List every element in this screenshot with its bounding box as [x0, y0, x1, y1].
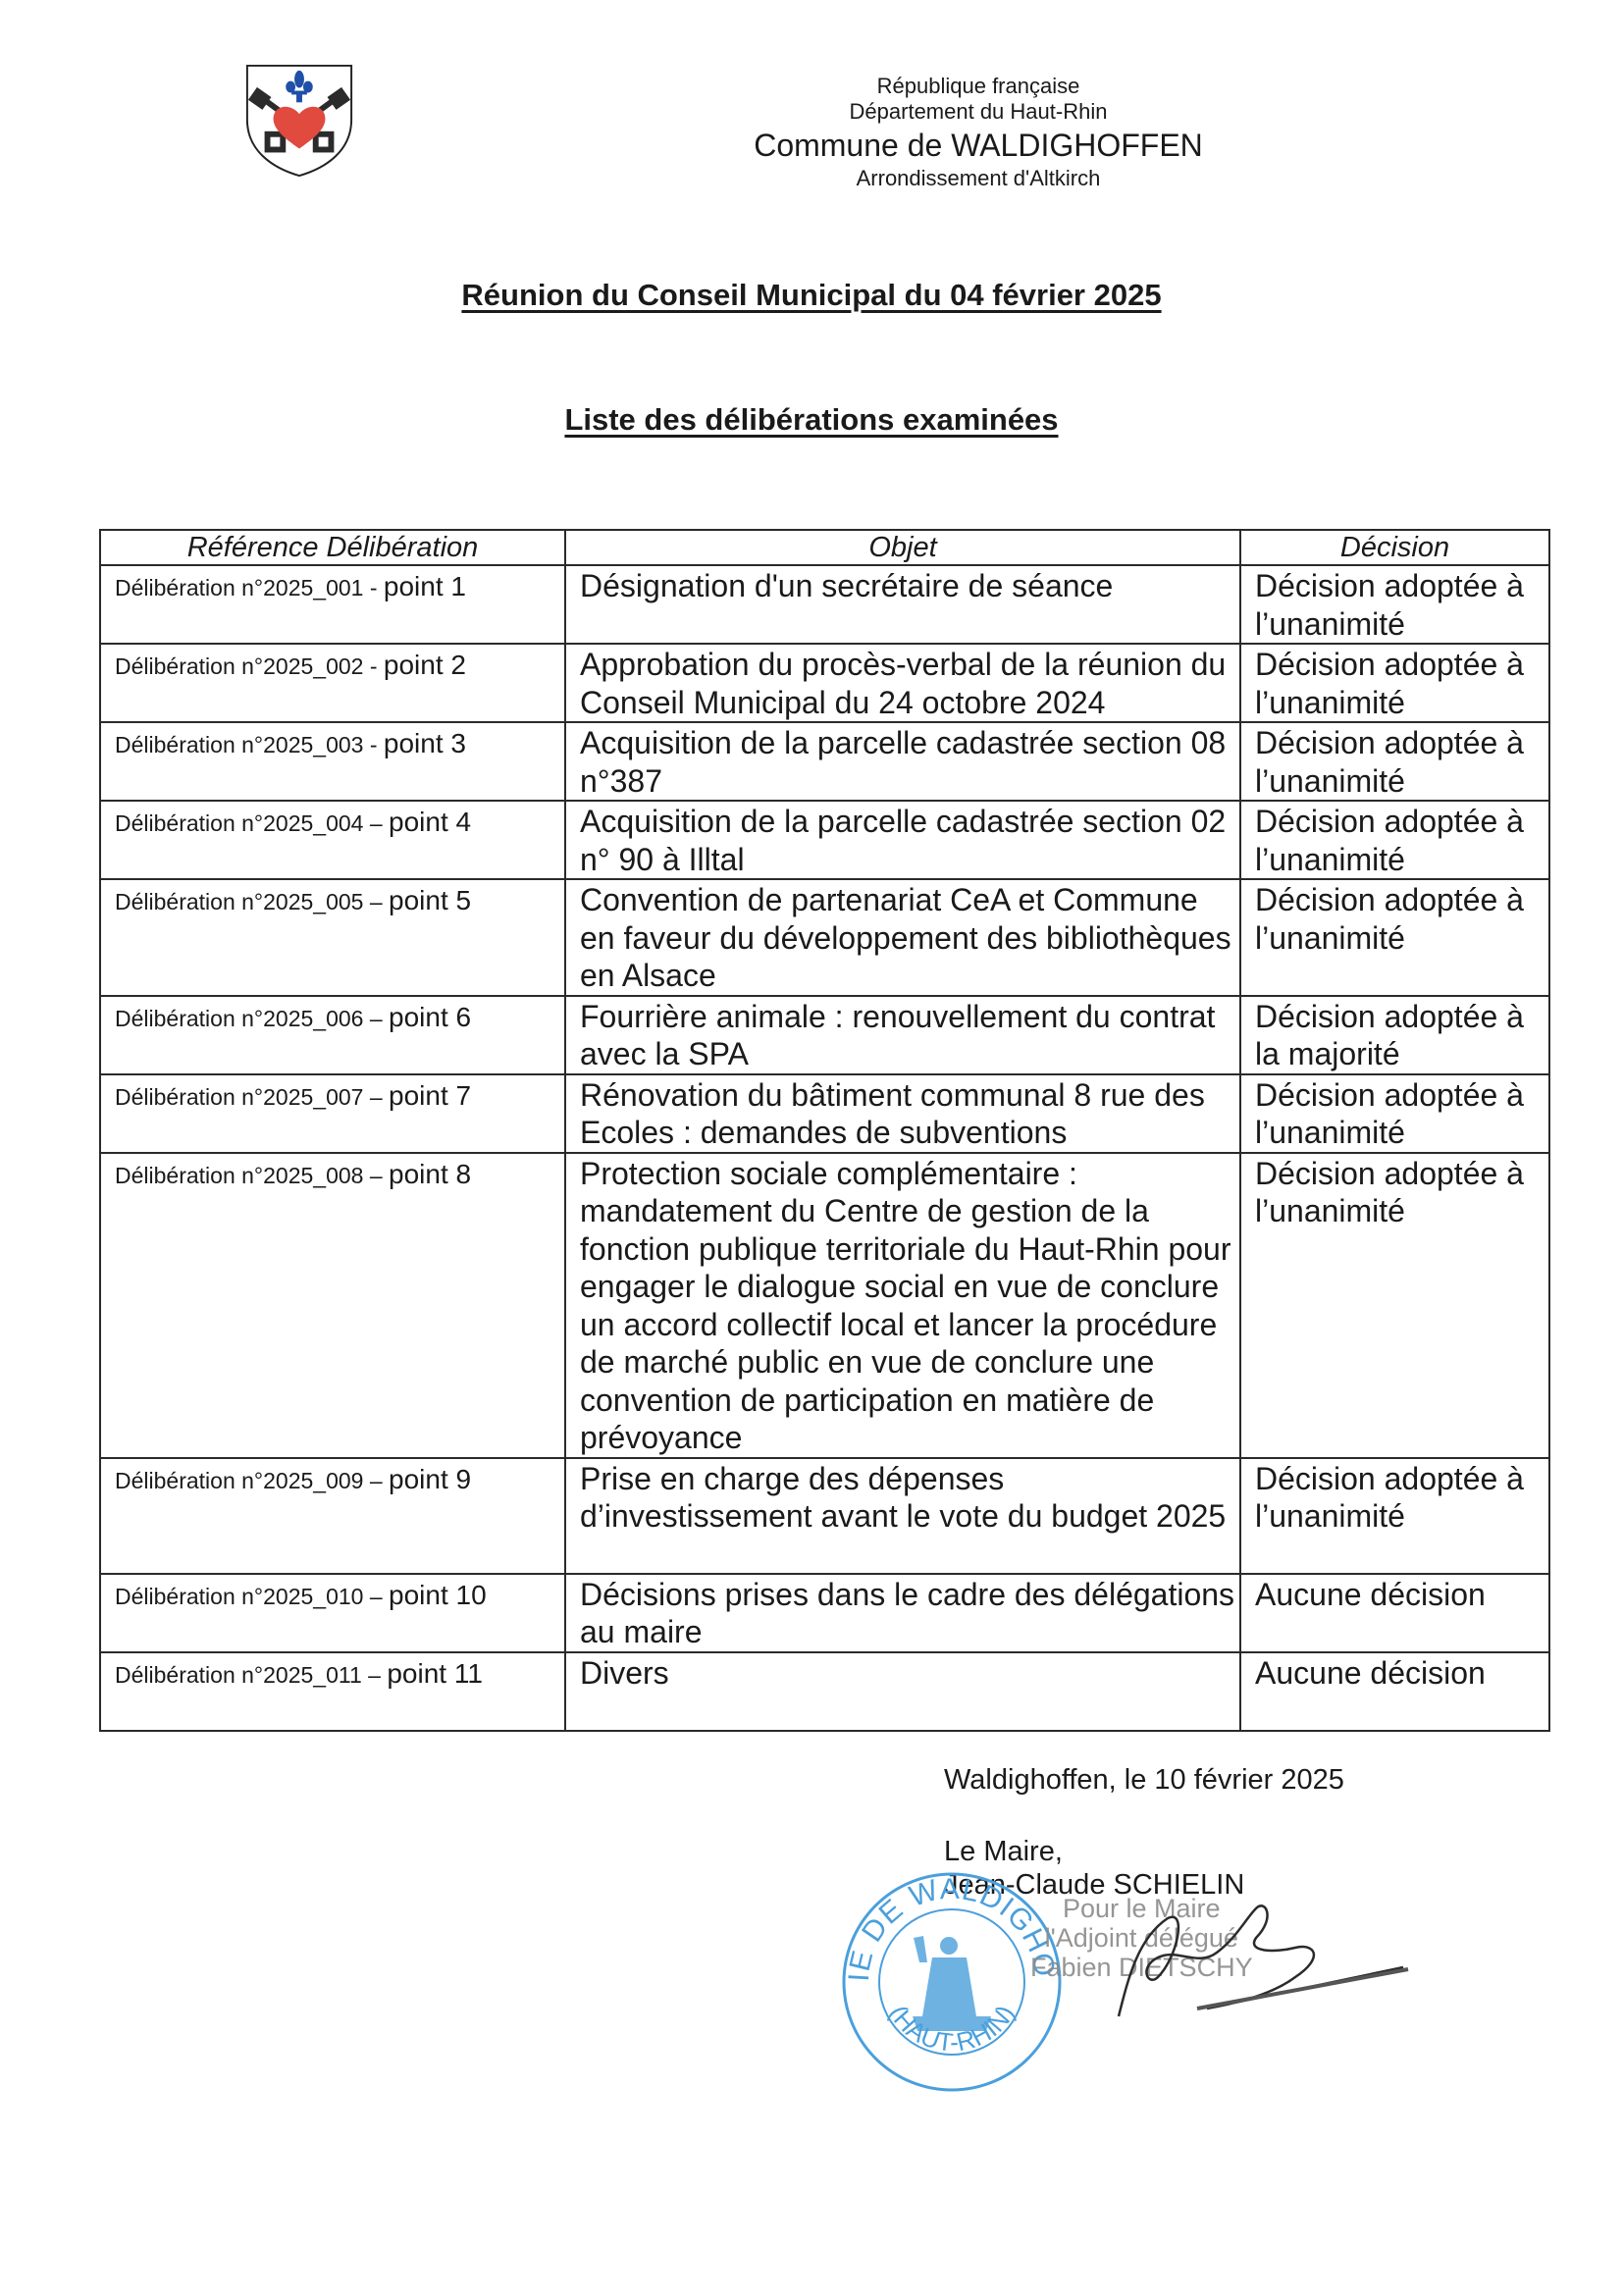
reference-text: Délibération n°2025_010 – [115, 1584, 389, 1609]
table-row: Délibération n°2025_009 – point 9Prise e… [100, 1458, 1549, 1574]
cell-reference: Délibération n°2025_004 – point 4 [100, 801, 565, 879]
objet-text: Rénovation du bâtiment communal 8 rue de… [566, 1075, 1239, 1152]
cell-objet: Divers [565, 1652, 1240, 1731]
cell-reference: Délibération n°2025_006 – point 6 [100, 996, 565, 1074]
cell-reference: Délibération n°2025_011 – point 11 [100, 1652, 565, 1731]
cell-reference: Délibération n°2025_008 – point 8 [100, 1153, 565, 1458]
decision-text: Décision adoptée à la majorité [1241, 997, 1548, 1073]
reference-text: Délibération n°2025_004 – [115, 810, 389, 836]
cell-objet: Désignation d'un secrétaire de séance [565, 565, 1240, 644]
table-row: Délibération n°2025_003 - point 3Acquisi… [100, 722, 1549, 801]
decision-text: Décision adoptée à l’unanimité [1241, 880, 1548, 957]
handwritten-signature-icon [1079, 1899, 1413, 2026]
cell-reference: Délibération n°2025_007 – point 7 [100, 1074, 565, 1153]
decision-text: Décision adoptée à l’unanimité [1241, 1154, 1548, 1230]
cell-decision: Décision adoptée à l’unanimité [1240, 644, 1549, 722]
reference-text: Délibération n°2025_009 – [115, 1468, 389, 1493]
objet-text: Fourrière animale : renouvellement du co… [566, 997, 1239, 1073]
cell-reference: Délibération n°2025_003 - point 3 [100, 722, 565, 801]
objet-text: Divers [566, 1653, 1239, 1693]
column-header-objet: Objet [565, 530, 1240, 565]
cell-objet: Décisions prises dans le cadre des délég… [565, 1574, 1240, 1652]
signatory-role: Le Maire, [944, 1835, 1244, 1868]
header-republic: République française [167, 74, 1623, 99]
place-date: Waldighoffen, le 10 février 2025 [944, 1764, 1344, 1797]
cell-objet: Fourrière animale : renouvellement du co… [565, 996, 1240, 1074]
point-number: point 6 [389, 1002, 471, 1032]
reference-text: Délibération n°2025_005 – [115, 889, 389, 914]
decision-text: Décision adoptée à l’unanimité [1241, 1459, 1548, 1536]
point-number: point 5 [389, 885, 471, 915]
objet-text: Prise en charge des dépenses d’investiss… [566, 1459, 1239, 1536]
cell-decision: Aucune décision [1240, 1574, 1549, 1652]
point-number: point 7 [389, 1080, 471, 1111]
cell-decision: Décision adoptée à l’unanimité [1240, 565, 1549, 644]
table-row: Délibération n°2025_002 - point 2Approba… [100, 644, 1549, 722]
cell-decision: Décision adoptée à l’unanimité [1240, 801, 1549, 879]
reference-text: Délibération n°2025_002 - [115, 653, 384, 679]
reference-text: Délibération n°2025_008 – [115, 1163, 389, 1188]
cell-reference: Délibération n°2025_002 - point 2 [100, 644, 565, 722]
table-row: Délibération n°2025_001 - point 1Désigna… [100, 565, 1549, 644]
cell-reference: Délibération n°2025_010 – point 10 [100, 1574, 565, 1652]
cell-decision: Aucune décision [1240, 1652, 1549, 1731]
decision-text: Décision adoptée à l’unanimité [1241, 566, 1548, 643]
decision-text: Décision adoptée à l’unanimité [1241, 1075, 1548, 1152]
decision-text: Décision adoptée à l’unanimité [1241, 723, 1548, 800]
cell-reference: Délibération n°2025_001 - point 1 [100, 565, 565, 644]
header-arrondissement: Arrondissement d'Altkirch [167, 166, 1623, 191]
deliberations-table: Référence Délibération Objet Décision Dé… [99, 529, 1550, 1732]
table-row: Délibération n°2025_004 – point 4Acquisi… [100, 801, 1549, 879]
cell-objet: Rénovation du bâtiment communal 8 rue de… [565, 1074, 1240, 1153]
point-number: point 1 [384, 571, 466, 601]
table-row: Délibération n°2025_007 – point 7Rénovat… [100, 1074, 1549, 1153]
point-number: point 9 [389, 1464, 471, 1494]
column-header-decision: Décision [1240, 530, 1549, 565]
cell-decision: Décision adoptée à la majorité [1240, 996, 1549, 1074]
objet-text: Acquisition de la parcelle cadastrée sec… [566, 802, 1239, 878]
cell-objet: Convention de partenariat CeA et Commune… [565, 879, 1240, 996]
decision-text: Décision adoptée à l’unanimité [1241, 802, 1548, 878]
reference-text: Délibération n°2025_006 – [115, 1006, 389, 1031]
cell-decision: Décision adoptée à l’unanimité [1240, 722, 1549, 801]
objet-text: Approbation du procès-verbal de la réuni… [566, 645, 1239, 721]
table-row: Délibération n°2025_011 – point 11Divers… [100, 1652, 1549, 1731]
cell-decision: Décision adoptée à l’unanimité [1240, 1074, 1549, 1153]
reference-text: Délibération n°2025_011 – [115, 1662, 387, 1688]
point-number: point 2 [384, 650, 466, 680]
objet-text: Convention de partenariat CeA et Commune… [566, 880, 1239, 995]
objet-text: Désignation d'un secrétaire de séance [566, 566, 1239, 605]
page-subtitle: Liste des délibérations examinées [0, 402, 1623, 438]
table-header-row: Référence Délibération Objet Décision [100, 530, 1549, 565]
cell-objet: Protection sociale complémentaire : mand… [565, 1153, 1240, 1458]
reference-text: Délibération n°2025_007 – [115, 1084, 389, 1110]
table-row: Délibération n°2025_006 – point 6Fourriè… [100, 996, 1549, 1074]
cell-decision: Décision adoptée à l’unanimité [1240, 879, 1549, 996]
objet-text: Protection sociale complémentaire : mand… [566, 1154, 1239, 1457]
point-number: point 11 [387, 1658, 483, 1689]
point-number: point 3 [384, 728, 466, 758]
table-row: Délibération n°2025_005 – point 5Convent… [100, 879, 1549, 996]
objet-text: Acquisition de la parcelle cadastrée sec… [566, 723, 1239, 800]
cell-objet: Approbation du procès-verbal de la réuni… [565, 644, 1240, 722]
point-number: point 8 [389, 1159, 471, 1189]
cell-reference: Délibération n°2025_009 – point 9 [100, 1458, 565, 1574]
point-number: point 10 [389, 1580, 487, 1610]
header-commune: Commune de WALDIGHOFFEN [167, 128, 1623, 163]
header-department: Département du Haut-Rhin [167, 99, 1623, 125]
objet-text: Décisions prises dans le cadre des délég… [566, 1575, 1239, 1651]
cell-decision: Décision adoptée à l’unanimité [1240, 1153, 1549, 1458]
cell-decision: Décision adoptée à l’unanimité [1240, 1458, 1549, 1574]
decision-text: Aucune décision [1241, 1575, 1548, 1614]
cell-objet: Prise en charge des dépenses d’investiss… [565, 1458, 1240, 1574]
decision-text: Aucune décision [1241, 1653, 1548, 1693]
column-header-reference: Référence Délibération [100, 530, 565, 565]
cell-objet: Acquisition de la parcelle cadastrée sec… [565, 722, 1240, 801]
decision-text: Décision adoptée à l’unanimité [1241, 645, 1548, 721]
reference-text: Délibération n°2025_003 - [115, 732, 384, 757]
cell-reference: Délibération n°2025_005 – point 5 [100, 879, 565, 996]
table-row: Délibération n°2025_010 – point 10Décisi… [100, 1574, 1549, 1652]
point-number: point 4 [389, 807, 471, 837]
cell-objet: Acquisition de la parcelle cadastrée sec… [565, 801, 1240, 879]
table-row: Délibération n°2025_008 – point 8Protect… [100, 1153, 1549, 1458]
reference-text: Délibération n°2025_001 - [115, 575, 384, 600]
page-title: Réunion du Conseil Municipal du 04 févri… [0, 278, 1623, 313]
